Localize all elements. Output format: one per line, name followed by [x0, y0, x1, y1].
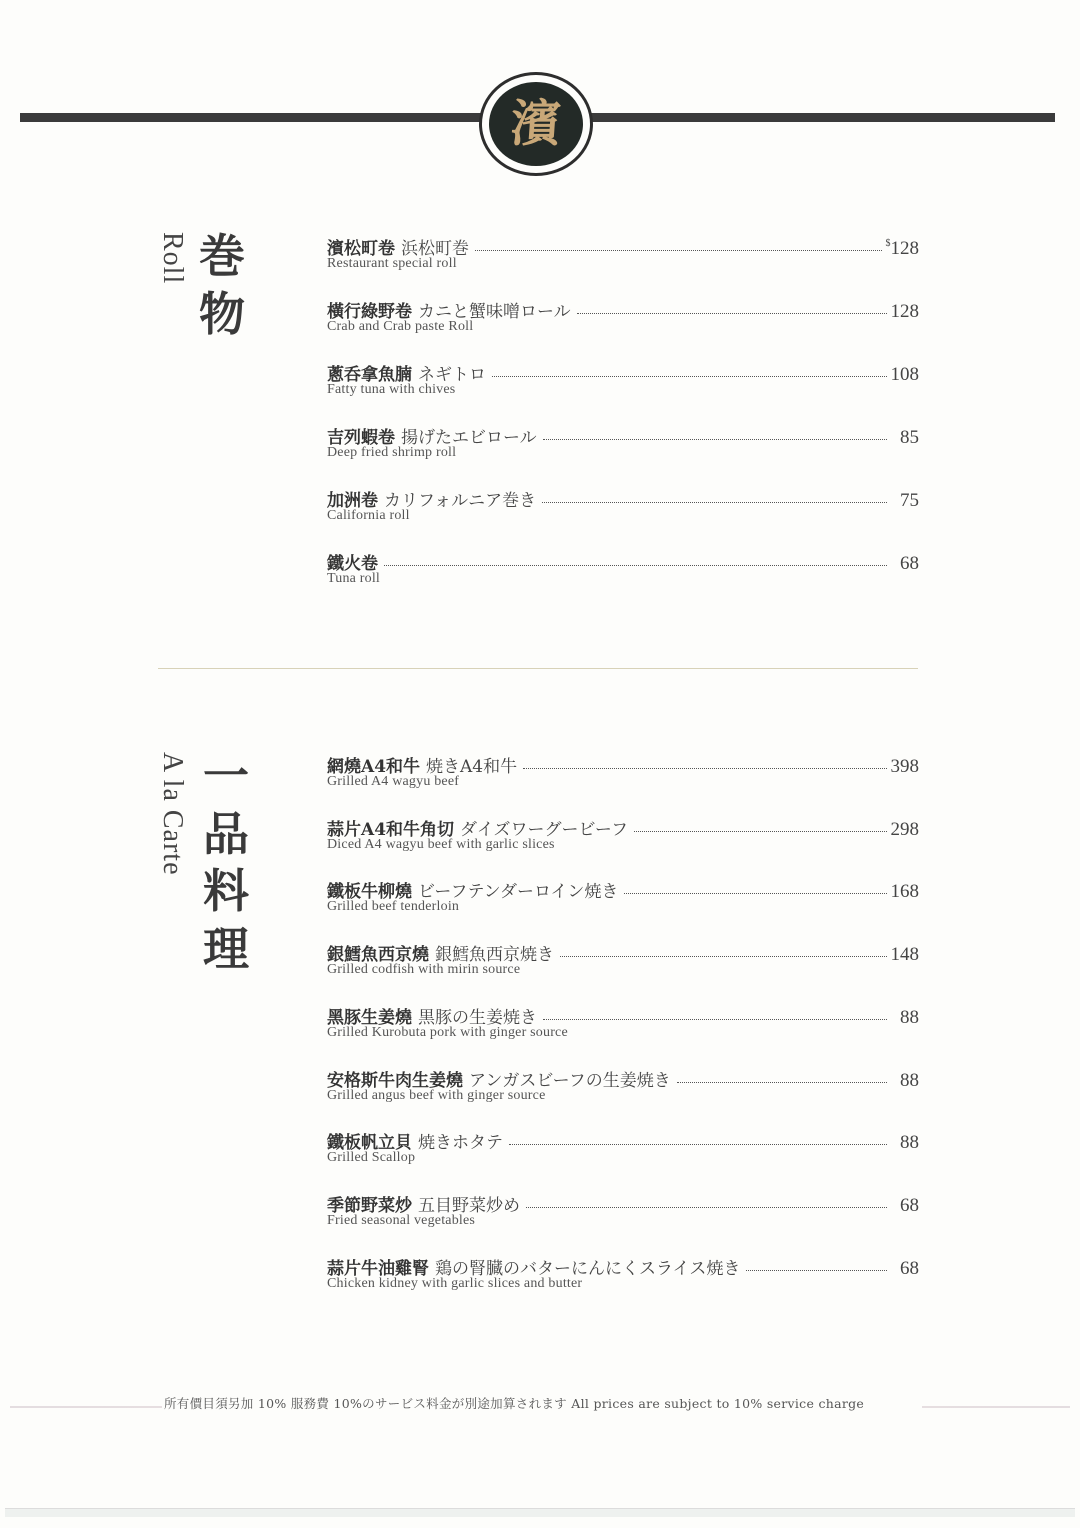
dot-leader	[492, 376, 887, 377]
menu-item: 黑豚生姜燒 黒豚の生姜焼き 88 Grilled Kurobuta pork w…	[327, 1003, 919, 1051]
dot-leader	[475, 250, 882, 251]
menu-item: 鐵板牛柳燒 ビーフテンダーロイン焼き 168 Grilled beef tend…	[327, 877, 919, 925]
item-name-en: Restaurant special roll	[327, 256, 919, 272]
dot-leader	[509, 1144, 887, 1145]
item-name-en: Grilled Scallop	[327, 1150, 919, 1166]
menu-item: 網燒A4和牛 焼きA4和牛 398 Grilled A4 wagyu beef	[327, 752, 919, 800]
item-name-en: Grilled beef tenderloin	[327, 899, 919, 915]
menu-item: 濱松町卷 浜松町巻 $128 Restaurant special roll	[327, 234, 919, 282]
dot-leader	[634, 831, 887, 832]
menu-item: 吉列蝦卷 揚げたエビロール 85 Deep fried shrimp roll	[327, 423, 919, 471]
item-name-en: Grilled A4 wagyu beef	[327, 774, 919, 790]
menu-item: 橫行綠野卷 カニと蟹味噌ロール 128 Crab and Crab paste …	[327, 297, 919, 345]
dot-leader	[542, 502, 887, 503]
item-price: 75	[891, 490, 919, 512]
section-title-en-a-la-carte: A la Carte	[156, 752, 188, 876]
logo-disc: 濱	[489, 82, 583, 166]
title-char: 巻	[192, 228, 252, 286]
menu-item: 安格斯牛肉生姜燒 アンガスビーフの生姜焼き 88 Grilled angus b…	[327, 1066, 919, 1114]
menu-item: 季節野菜炒 五目野菜炒め 68 Fried seasonal vegetable…	[327, 1191, 919, 1239]
item-price: 85	[891, 427, 919, 449]
dot-leader	[543, 439, 887, 440]
item-price: 128	[891, 301, 920, 323]
item-name-en: Deep fried shrimp roll	[327, 445, 919, 461]
menu-item: 蒜片A4和牛角切 ダイズワーグービーフ 298 Diced A4 wagyu b…	[327, 815, 919, 863]
item-price: 88	[891, 1070, 919, 1092]
title-char: 一	[196, 748, 256, 806]
section-title-jp-a-la-carte: 一 品 料 理	[196, 748, 256, 978]
item-price: $128	[886, 238, 920, 260]
item-name-jp: 焼きホタテ	[418, 1128, 503, 1153]
dot-leader	[543, 1019, 887, 1020]
title-char: 品	[196, 806, 256, 864]
item-price: 168	[891, 881, 920, 903]
dot-leader	[523, 768, 886, 769]
item-name-en: Grilled codfish with mirin source	[327, 962, 919, 978]
item-name-en: Fatty tuna with chives	[327, 382, 919, 398]
service-charge-note: 所有價目須另加 10% 服務費 10%のサービス料金が別途加算されます All …	[162, 1394, 922, 1412]
title-char: 料	[196, 863, 256, 921]
menu-item: 銀鱈魚西京燒 銀鱈魚西京焼き 148 Grilled codfish with …	[327, 940, 919, 988]
bottom-rule	[5, 1508, 1075, 1517]
item-price: 68	[891, 1258, 919, 1280]
section-title-jp-roll: 巻 物	[192, 228, 252, 343]
item-name-en: Fried seasonal vegetables	[327, 1213, 919, 1229]
dot-leader	[677, 1082, 887, 1083]
title-char: 理	[196, 921, 256, 979]
menu-item: 加洲卷 カリフォルニア巻き 75 California roll	[327, 486, 919, 534]
item-price: 68	[891, 553, 919, 575]
menu-item: 鐵火卷 68 Tuna roll	[327, 549, 919, 597]
restaurant-logo: 濱	[479, 72, 593, 176]
item-price: 398	[891, 756, 920, 778]
title-char: 物	[192, 286, 252, 344]
menu-item: 鐵板帆立貝 焼きホタテ 88 Grilled Scallop	[327, 1128, 919, 1176]
item-price: 88	[891, 1007, 919, 1029]
item-name-en: Tuna roll	[327, 571, 919, 587]
item-price: 88	[891, 1132, 919, 1154]
section-divider	[158, 668, 918, 669]
item-price: 298	[891, 819, 920, 841]
item-price: 108	[891, 364, 920, 386]
item-name-en: Crab and Crab paste Roll	[327, 319, 919, 335]
item-price: 148	[891, 944, 920, 966]
item-name-en: Grilled Kurobuta pork with ginger source	[327, 1025, 919, 1041]
menu-item: 蔥呑拿魚腩 ネギトロ 108 Fatty tuna with chives	[327, 360, 919, 408]
dot-leader	[624, 893, 886, 894]
menu-item: 蒜片牛油雞腎 鶏の腎臓のバターにんにくスライス焼き 68 Chicken kid…	[327, 1254, 919, 1302]
dot-leader	[526, 1207, 887, 1208]
dot-leader	[577, 313, 887, 314]
item-price: 68	[891, 1195, 919, 1217]
price-value: 128	[891, 238, 920, 259]
dot-leader	[560, 956, 887, 957]
dot-leader	[746, 1270, 887, 1271]
section-title-en-roll: Roll	[156, 232, 188, 284]
dot-leader	[384, 565, 887, 566]
logo-glyph: 濱	[509, 99, 562, 149]
